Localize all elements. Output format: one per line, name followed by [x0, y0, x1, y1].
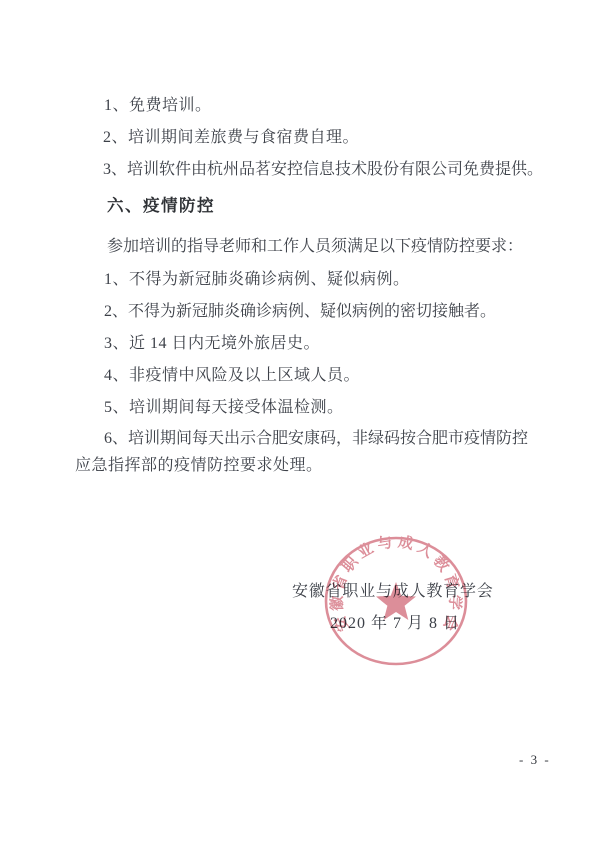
- official-seal: 安徽省职业与成人教育学会: [316, 530, 476, 680]
- fee-item-3: 3、培训软件由杭州品茗安控信息技术股份有限公司免费提供。: [103, 159, 543, 181]
- requirement-item-6-continuation: 应急指挥部的疫情防控要求处理。: [75, 455, 323, 477]
- requirement-item-3: 3、近 14 日内无境外旅居史。: [104, 333, 320, 355]
- requirement-item-2: 2、不得为新冠肺炎确诊病例、疑似病例的密切接触者。: [104, 301, 496, 323]
- requirement-item-1: 1、不得为新冠肺炎确诊病例、疑似病例。: [104, 269, 410, 291]
- fee-item-1: 1、免费培训。: [104, 95, 212, 117]
- star-icon: [376, 582, 416, 620]
- section-intro: 参加培训的指导老师和工作人员须满足以下疫情防控要求：: [107, 236, 523, 258]
- requirement-item-4: 4、非疫情中风险及以上区域人员。: [104, 365, 360, 387]
- section-heading: 六、疫情防控: [107, 195, 215, 217]
- page-number: - 3 -: [519, 752, 551, 768]
- document-page: 1、免费培训。 2、培训期间差旅费与食宿费自理。 3、培训软件由杭州品茗安控信息…: [0, 0, 601, 861]
- fee-item-2: 2、培训期间差旅费与食宿费自理。: [103, 127, 359, 149]
- requirement-item-5: 5、培训期间每天接受体温检测。: [104, 397, 344, 419]
- requirement-item-6: 6、培训期间每天出示合肥安康码，非绿码按合肥市疫情防控: [104, 428, 528, 450]
